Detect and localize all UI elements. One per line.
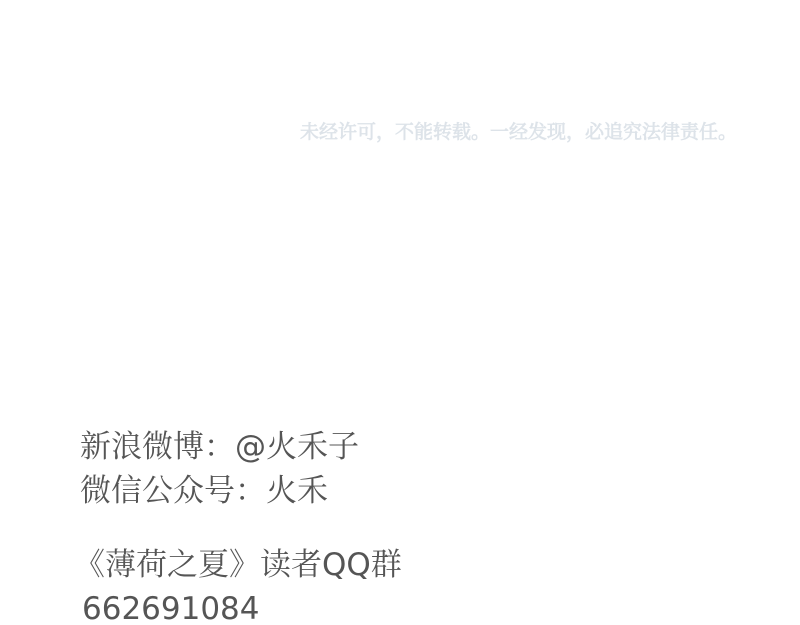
qq-group-number: 662691084 xyxy=(74,587,402,625)
social-info: 新浪微博：@火禾子 微信公众号：火禾 xyxy=(80,425,359,513)
qq-group-info: 《薄荷之夏》读者QQ群 662691084 xyxy=(74,543,402,625)
copyright-watermark: 未经许可，不能转载。一经发现，必追究法律责任。 xyxy=(300,120,737,144)
qq-group-label: 《薄荷之夏》读者QQ群 xyxy=(74,543,402,587)
wechat-account: 微信公众号：火禾 xyxy=(80,469,359,513)
weibo-handle: 新浪微博：@火禾子 xyxy=(80,425,359,469)
